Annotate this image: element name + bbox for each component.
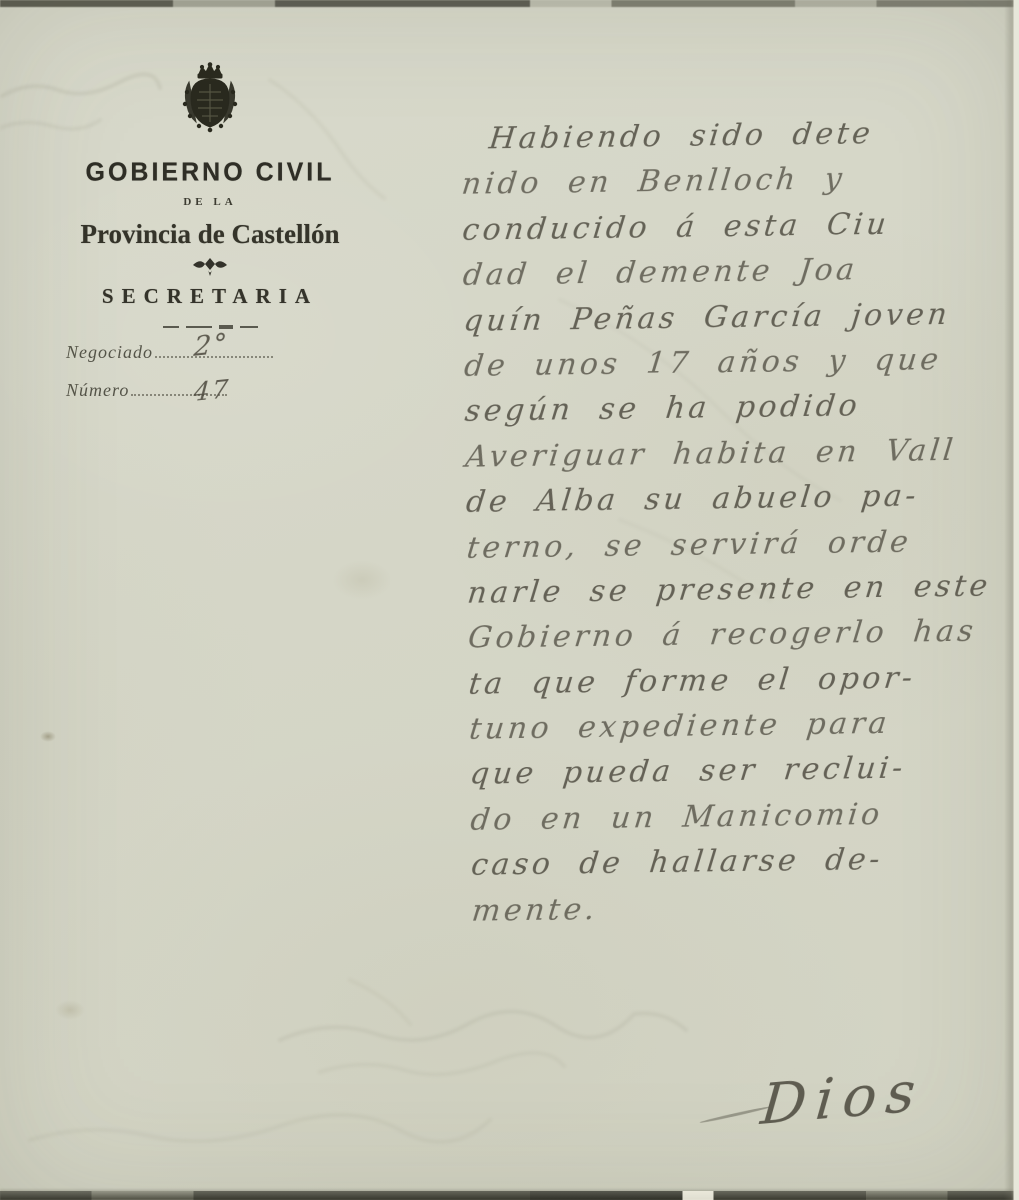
manuscript-line: de unos 17 años y que <box>461 341 1019 394</box>
manuscript-line: caso de hallarse de- <box>468 840 1019 893</box>
scan-edge-right-fold <box>1004 0 1019 1200</box>
letterhead-province: Provincia de Castellón <box>52 219 368 250</box>
ink-speck-stain <box>40 731 56 742</box>
paper-stain <box>332 560 392 600</box>
manuscript-line: do en un Manicomio <box>468 795 1019 848</box>
scan-edge-bottom-detail <box>0 1191 1019 1200</box>
manuscript-line: quín Peñas García joven <box>461 296 1019 349</box>
numero-field: Número 47 <box>66 380 368 418</box>
closing-word: Dios <box>758 1059 927 1138</box>
manuscript-line: conducido á esta Ciu <box>459 205 1019 258</box>
manuscript-line: nido en Benlloch y <box>459 159 1019 212</box>
letterhead-of-the: DE LA <box>52 196 368 208</box>
coat-of-arms-icon <box>177 62 243 138</box>
manuscript-line: Gobierno á recogerlo has <box>465 613 1019 666</box>
fleuron-ornament-icon <box>191 257 229 277</box>
manuscript-line: dad el demente Joa <box>460 250 1019 303</box>
letterhead-office: SECRETARIA <box>52 284 368 309</box>
reference-fields: Negociado 2° Número 47 <box>52 342 368 418</box>
numero-label: Número <box>66 380 129 400</box>
paper-stain <box>55 1000 85 1020</box>
manuscript-line: terno, se servirá orde <box>464 523 1019 576</box>
numero-handwritten-value: 47 <box>193 374 231 407</box>
negociado-field: Negociado 2° <box>66 342 368 380</box>
negociado-label: Negociado <box>66 342 153 362</box>
manuscript-line: según se ha podido <box>462 386 1019 439</box>
manuscript-line: que pueda ser reclui- <box>467 749 1019 802</box>
manuscript-line: mente. <box>469 886 1019 939</box>
manuscript-line: Averiguar habita en Vall <box>463 432 1019 485</box>
manuscript-body: Habiendo sido dete nido en Benlloch y co… <box>460 114 1019 939</box>
scanned-letter-page: GOBIERNO CIVIL DE LA Provincia de Castel… <box>0 0 1019 1200</box>
manuscript-line: ta que forme el opor- <box>466 659 1019 712</box>
letterhead-agency: GOBIERNO CIVIL <box>52 157 368 187</box>
manuscript-line: narle se presente en este <box>465 568 1019 621</box>
manuscript-line: de Alba su abuelo pa- <box>463 477 1019 530</box>
letterhead: GOBIERNO CIVIL DE LA Provincia de Castel… <box>52 62 368 418</box>
letterhead-rule <box>52 318 368 323</box>
scan-edge-top <box>0 0 1019 7</box>
negociado-handwritten-value: 2° <box>193 328 230 362</box>
